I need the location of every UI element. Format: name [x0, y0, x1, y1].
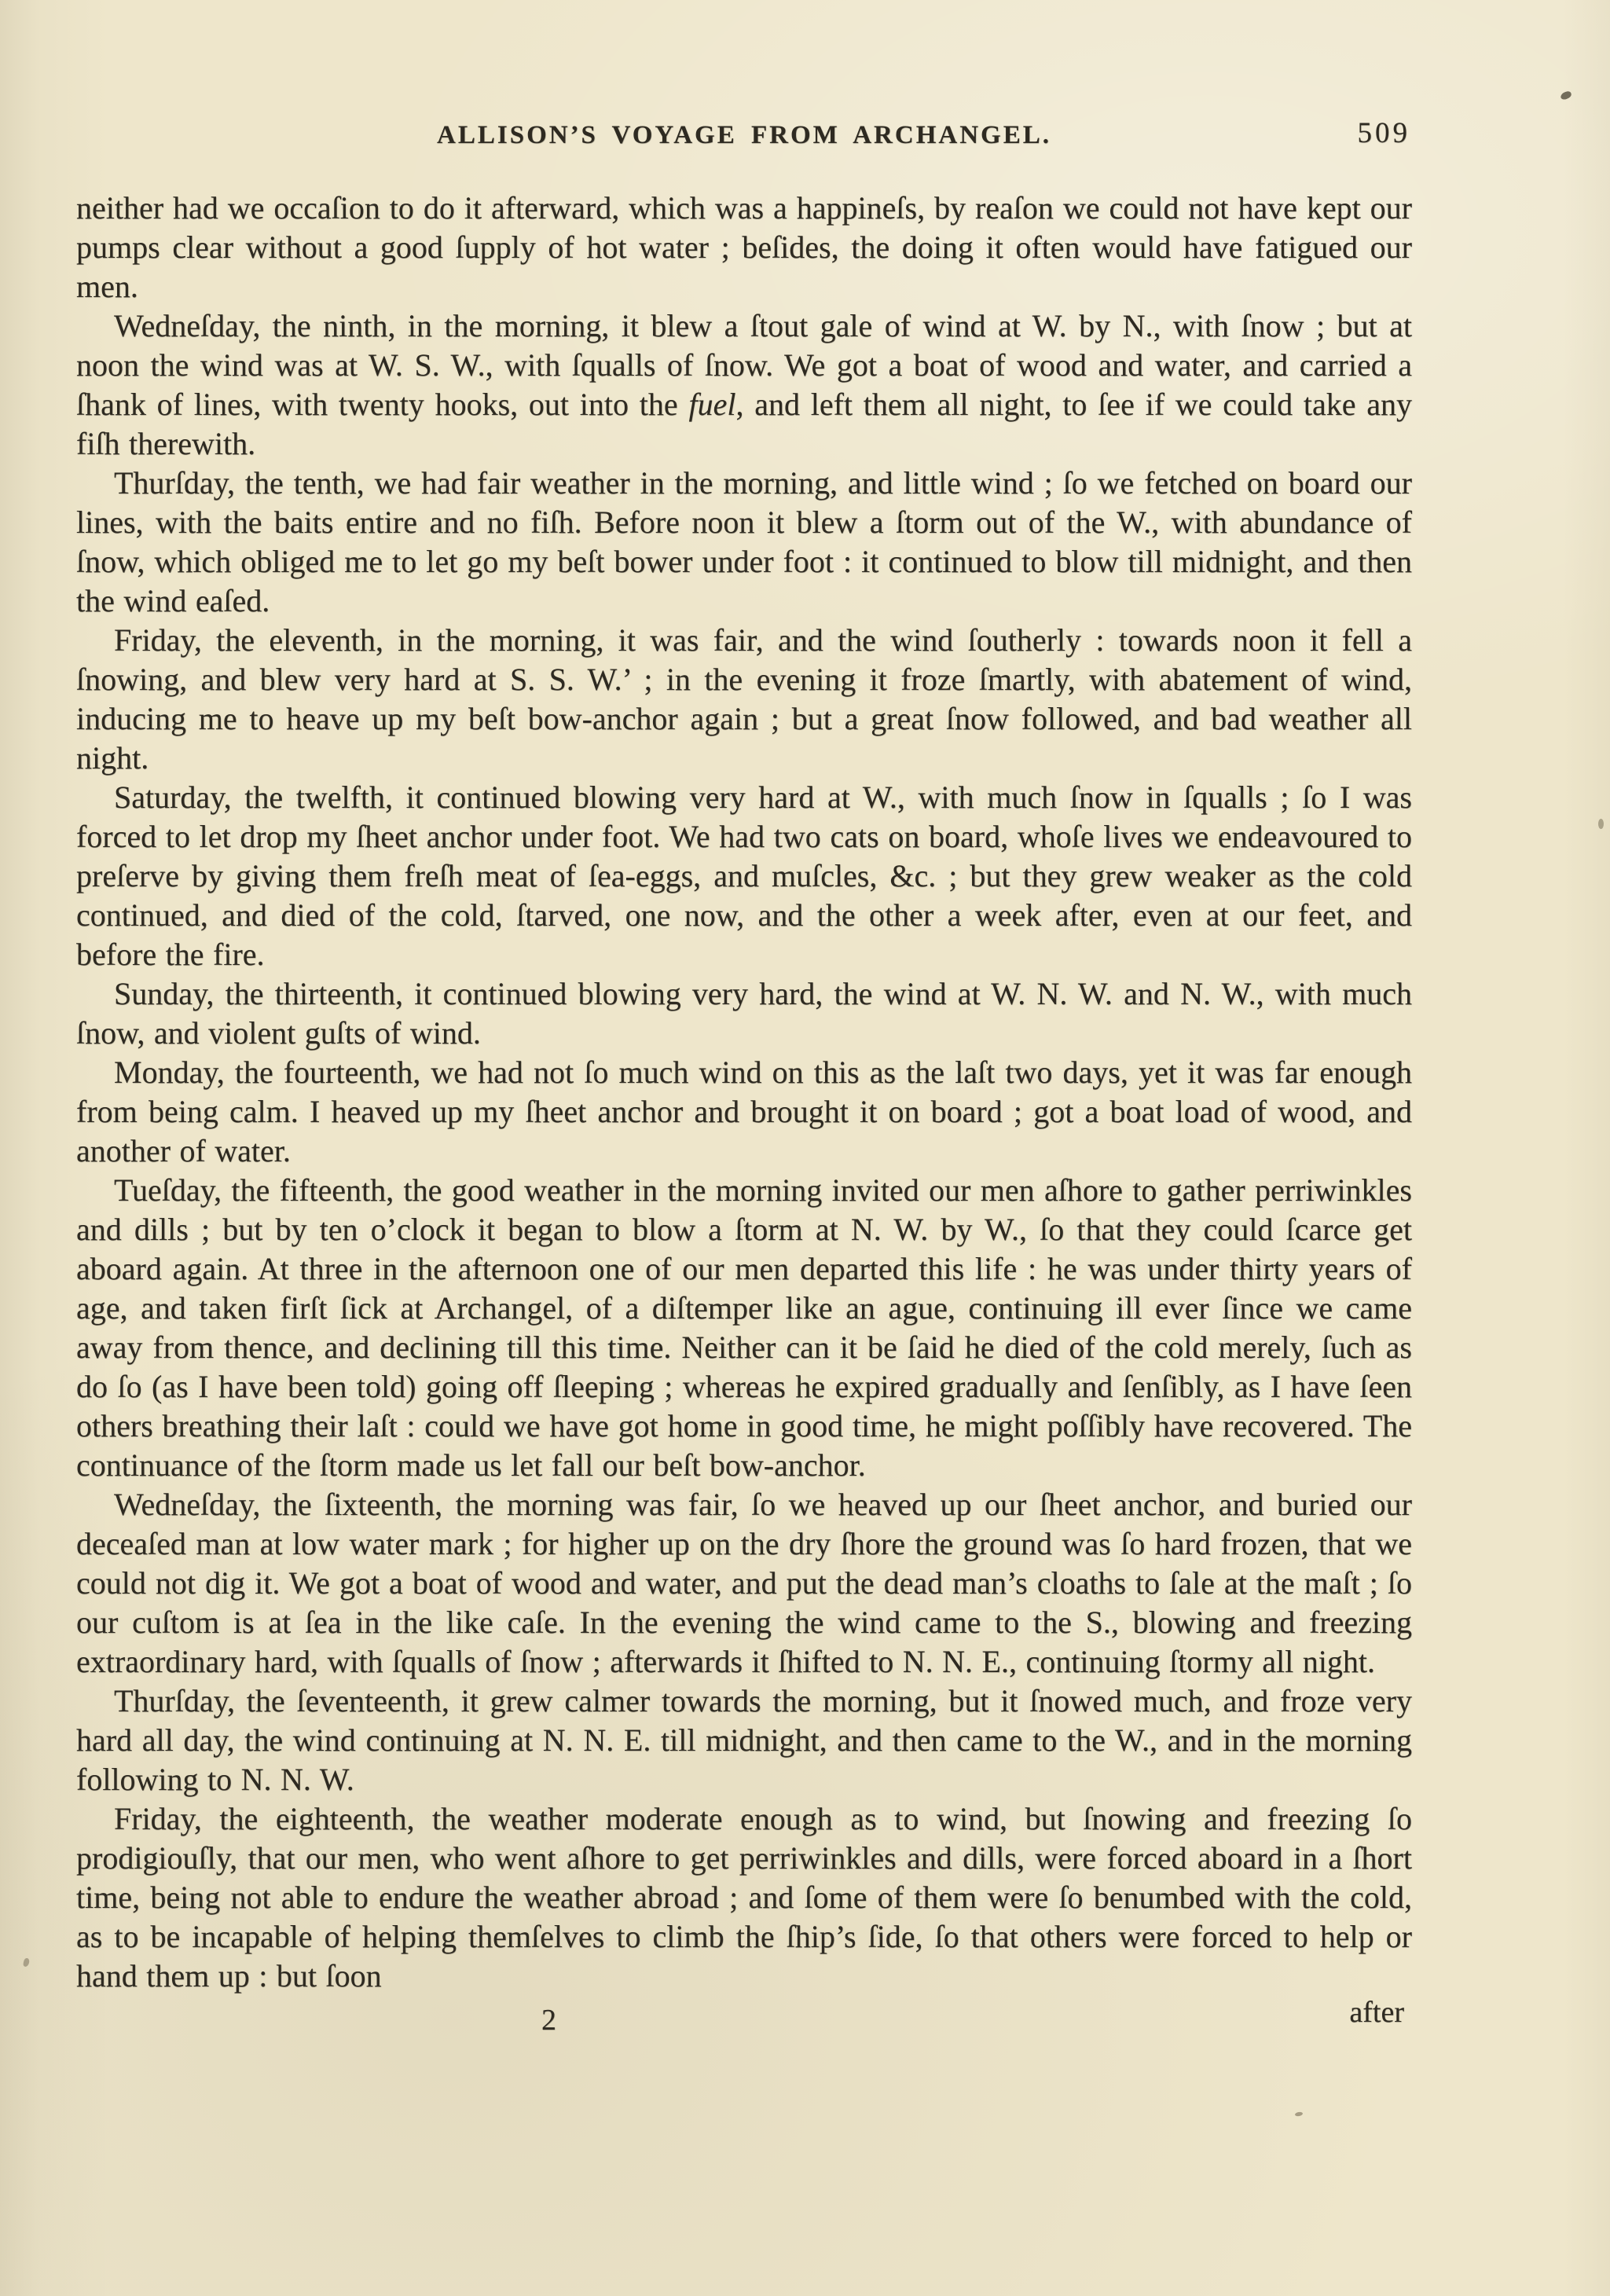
paragraph: Sunday, the thirteenth, it continued blo…	[76, 974, 1412, 1053]
page-footer: 2 after	[76, 1996, 1412, 2037]
running-header-title: ALLISON’S VOYAGE FROM ARCHANGEL.	[437, 121, 1051, 149]
paragraph: Tueſday, the fifteenth, the good weather…	[76, 1171, 1412, 1485]
paragraph: Friday, the eighteenth, the weather mode…	[76, 1799, 1412, 1996]
paragraph: Wedneſday, the ſixteenth, the morning wa…	[76, 1485, 1412, 1682]
ink-speck	[23, 1957, 30, 1967]
paragraph: Thurſday, the ſeventeenth, it grew calme…	[76, 1682, 1412, 1799]
paragraph-text: Friday, the eleventh, in the morning, it…	[76, 622, 1412, 776]
paragraph-text: neither had we occaſion to do it afterwa…	[76, 190, 1412, 304]
page-number: 509	[1358, 116, 1411, 151]
paragraph: neither had we occaſion to do it afterwa…	[76, 189, 1412, 306]
ink-speck	[1598, 819, 1604, 829]
paragraph-text: Tueſday, the fifteenth, the good weather…	[76, 1172, 1412, 1483]
paragraph-text: Wedneſday, the ſixteenth, the morning wa…	[76, 1487, 1412, 1679]
signature-mark: 2	[541, 2001, 556, 2040]
ink-speck	[1295, 2111, 1304, 2117]
paragraph: Saturday, the twelfth, it continued blow…	[76, 778, 1412, 974]
paragraph-text: Sunday, the thirteenth, it continued blo…	[76, 976, 1412, 1051]
paragraph-text: Thurſday, the ſeventeenth, it grew calme…	[76, 1683, 1412, 1797]
body-text: neither had we occaſion to do it afterwa…	[76, 189, 1412, 1996]
book-page: ALLISON’S VOYAGE FROM ARCHANGEL. 509 nei…	[0, 0, 1610, 2296]
paragraph: Friday, the eleventh, in the morning, it…	[76, 621, 1412, 778]
italic-word: fuel	[688, 387, 735, 422]
paragraph-text: Thurſday, the tenth, we had fair weather…	[76, 465, 1412, 618]
paragraph: Thurſday, the tenth, we had fair weather…	[76, 464, 1412, 621]
paragraph-text: Monday, the fourteenth, we had not ſo mu…	[76, 1054, 1412, 1168]
catchword: after	[1349, 1993, 1404, 2032]
text-block: ALLISON’S VOYAGE FROM ARCHANGEL. 509 nei…	[76, 118, 1412, 2037]
paragraph-text: Friday, the eighteenth, the weather mode…	[76, 1801, 1412, 1993]
page-header: ALLISON’S VOYAGE FROM ARCHANGEL. 509	[76, 118, 1412, 152]
ink-speck	[1560, 90, 1572, 101]
paragraph-text: Saturday, the twelfth, it continued blow…	[76, 779, 1412, 972]
paragraph: Monday, the fourteenth, we had not ſo mu…	[76, 1053, 1412, 1171]
paragraph: Wedneſday, the ninth, in the morning, it…	[76, 306, 1412, 464]
